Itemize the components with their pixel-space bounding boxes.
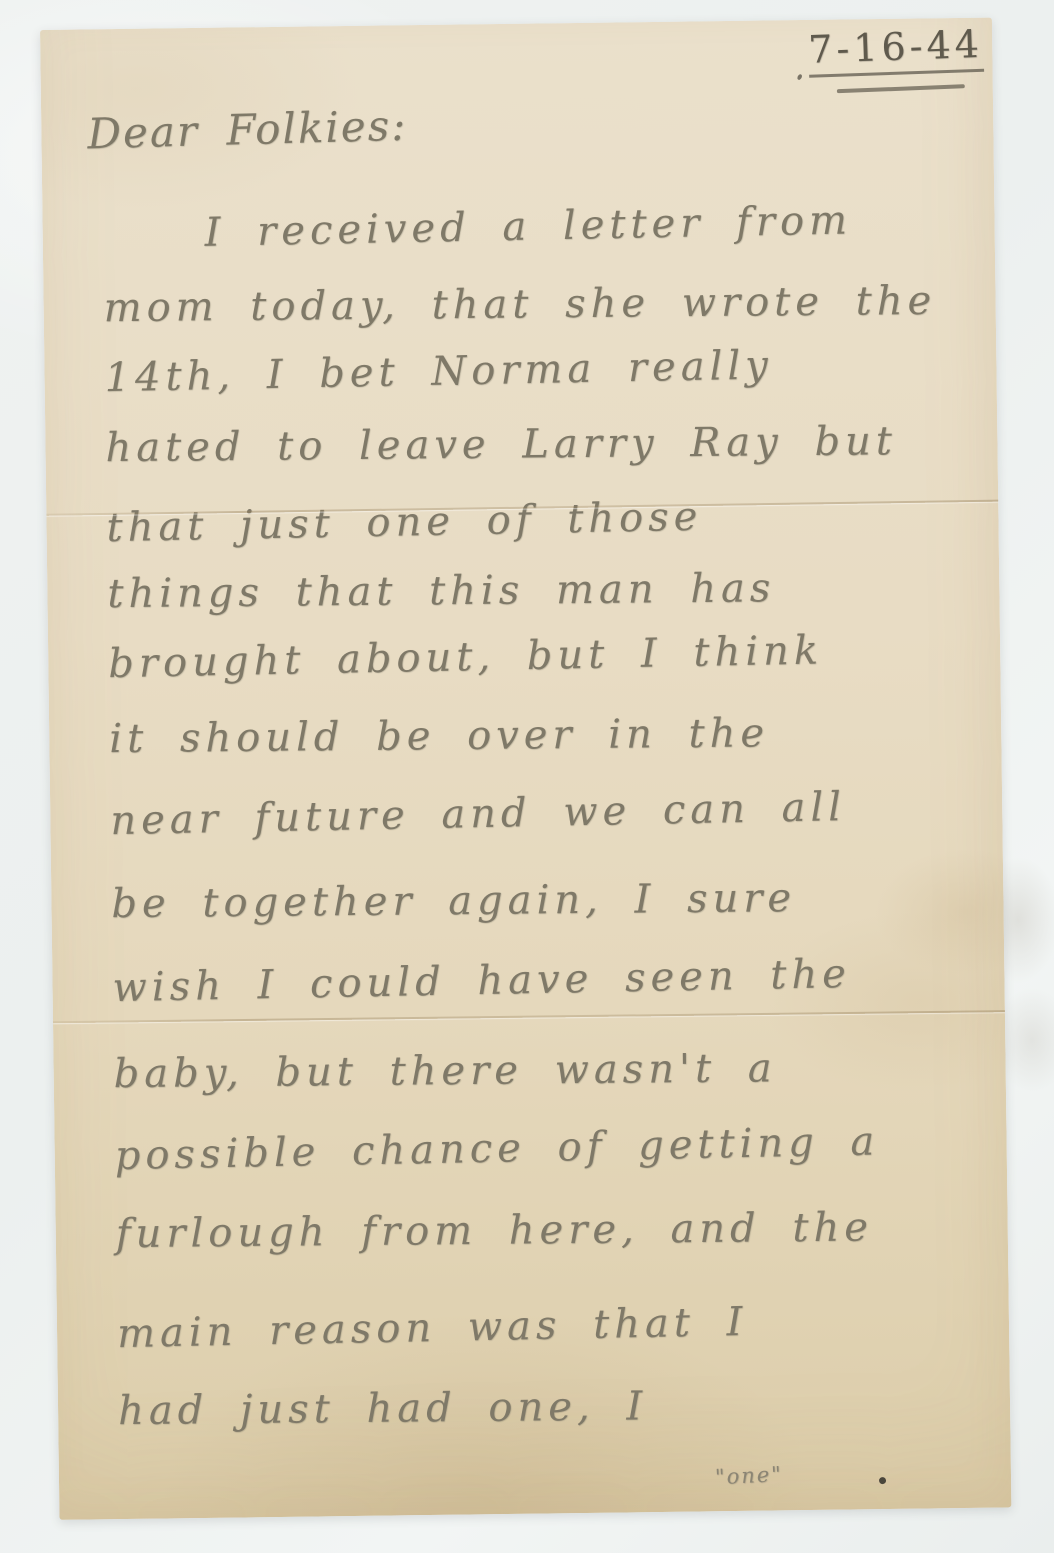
letter-date: 7-16-44 xyxy=(808,24,983,76)
paper-speck xyxy=(879,1477,886,1484)
letter-line: mom today, that she wrote the xyxy=(103,279,936,330)
date-underline xyxy=(837,84,965,93)
salutation: Dear Folkies: xyxy=(87,103,408,158)
footnote-annotation: "one" xyxy=(714,1463,783,1489)
letter-line: it should be over in the xyxy=(109,711,769,761)
letter-line: I received a letter from xyxy=(204,198,852,254)
letter-line: that just one of those xyxy=(106,495,703,550)
letter-line: near future and we can all xyxy=(110,785,846,843)
letter-line: be together again, I sure xyxy=(111,876,796,926)
letter-line: wish I could have seen the xyxy=(112,952,851,1010)
letter-line: 14th, I bet Norma really xyxy=(104,343,773,400)
letter-page: 7-16-44 Dear Folkies: I received a lette… xyxy=(40,18,1011,1520)
fold-crease-bottom xyxy=(53,1010,1005,1023)
letter-line: main reason was that I xyxy=(117,1300,748,1356)
date-text: 7-16-44 xyxy=(808,22,984,78)
scan-background: 7-16-44 Dear Folkies: I received a lette… xyxy=(0,0,1054,1553)
letter-line: furlough from here, and the xyxy=(116,1206,874,1257)
letter-line: brought about, but I think xyxy=(108,628,824,686)
letter-line: baby, but there wasn't a xyxy=(113,1046,776,1096)
letter-line: things that this man has xyxy=(107,566,775,616)
letter-line: had just had one, I xyxy=(118,1384,647,1433)
letter-line: possible chance of getting a xyxy=(114,1119,879,1178)
pencil-speck xyxy=(796,73,802,80)
letter-line: hated to leave Larry Ray but xyxy=(105,419,897,470)
